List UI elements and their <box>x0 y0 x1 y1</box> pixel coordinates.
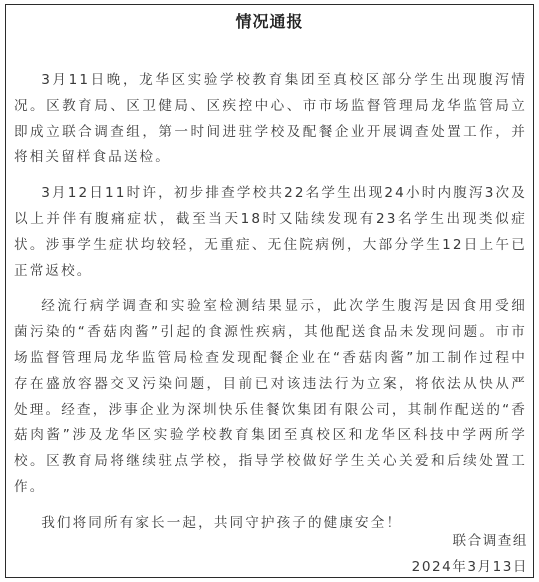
paragraph-investigation-result: 经流行病学调查和实验室检测结果显示，此次学生腹泻是因食用受细菌污染的“香菇肉酱”… <box>14 294 527 500</box>
notice-body: 3月11日晚，龙华区实验学校教育集团至真校区部分学生出现腹泻情况。区教育局、区卫… <box>14 68 527 547</box>
notice-document: 情况通报 3月11日晚，龙华区实验学校教育集团至真校区部分学生出现腹泻情况。区教… <box>5 4 534 578</box>
signature-block: 联合调查组 2024年3月13日 <box>412 528 528 580</box>
signature-date: 2024年3月13日 <box>412 554 528 580</box>
paragraph-incident: 3月11日晚，龙华区实验学校教育集团至真校区部分学生出现腹泻情况。区教育局、区卫… <box>14 68 527 171</box>
paragraph-screening: 3月12日11时许，初步排查学校共22名学生出现24小时内腹泻3次及以上并伴有腹… <box>14 181 527 284</box>
signature-issuer: 联合调查组 <box>412 528 528 554</box>
notice-title: 情况通报 <box>6 11 533 33</box>
